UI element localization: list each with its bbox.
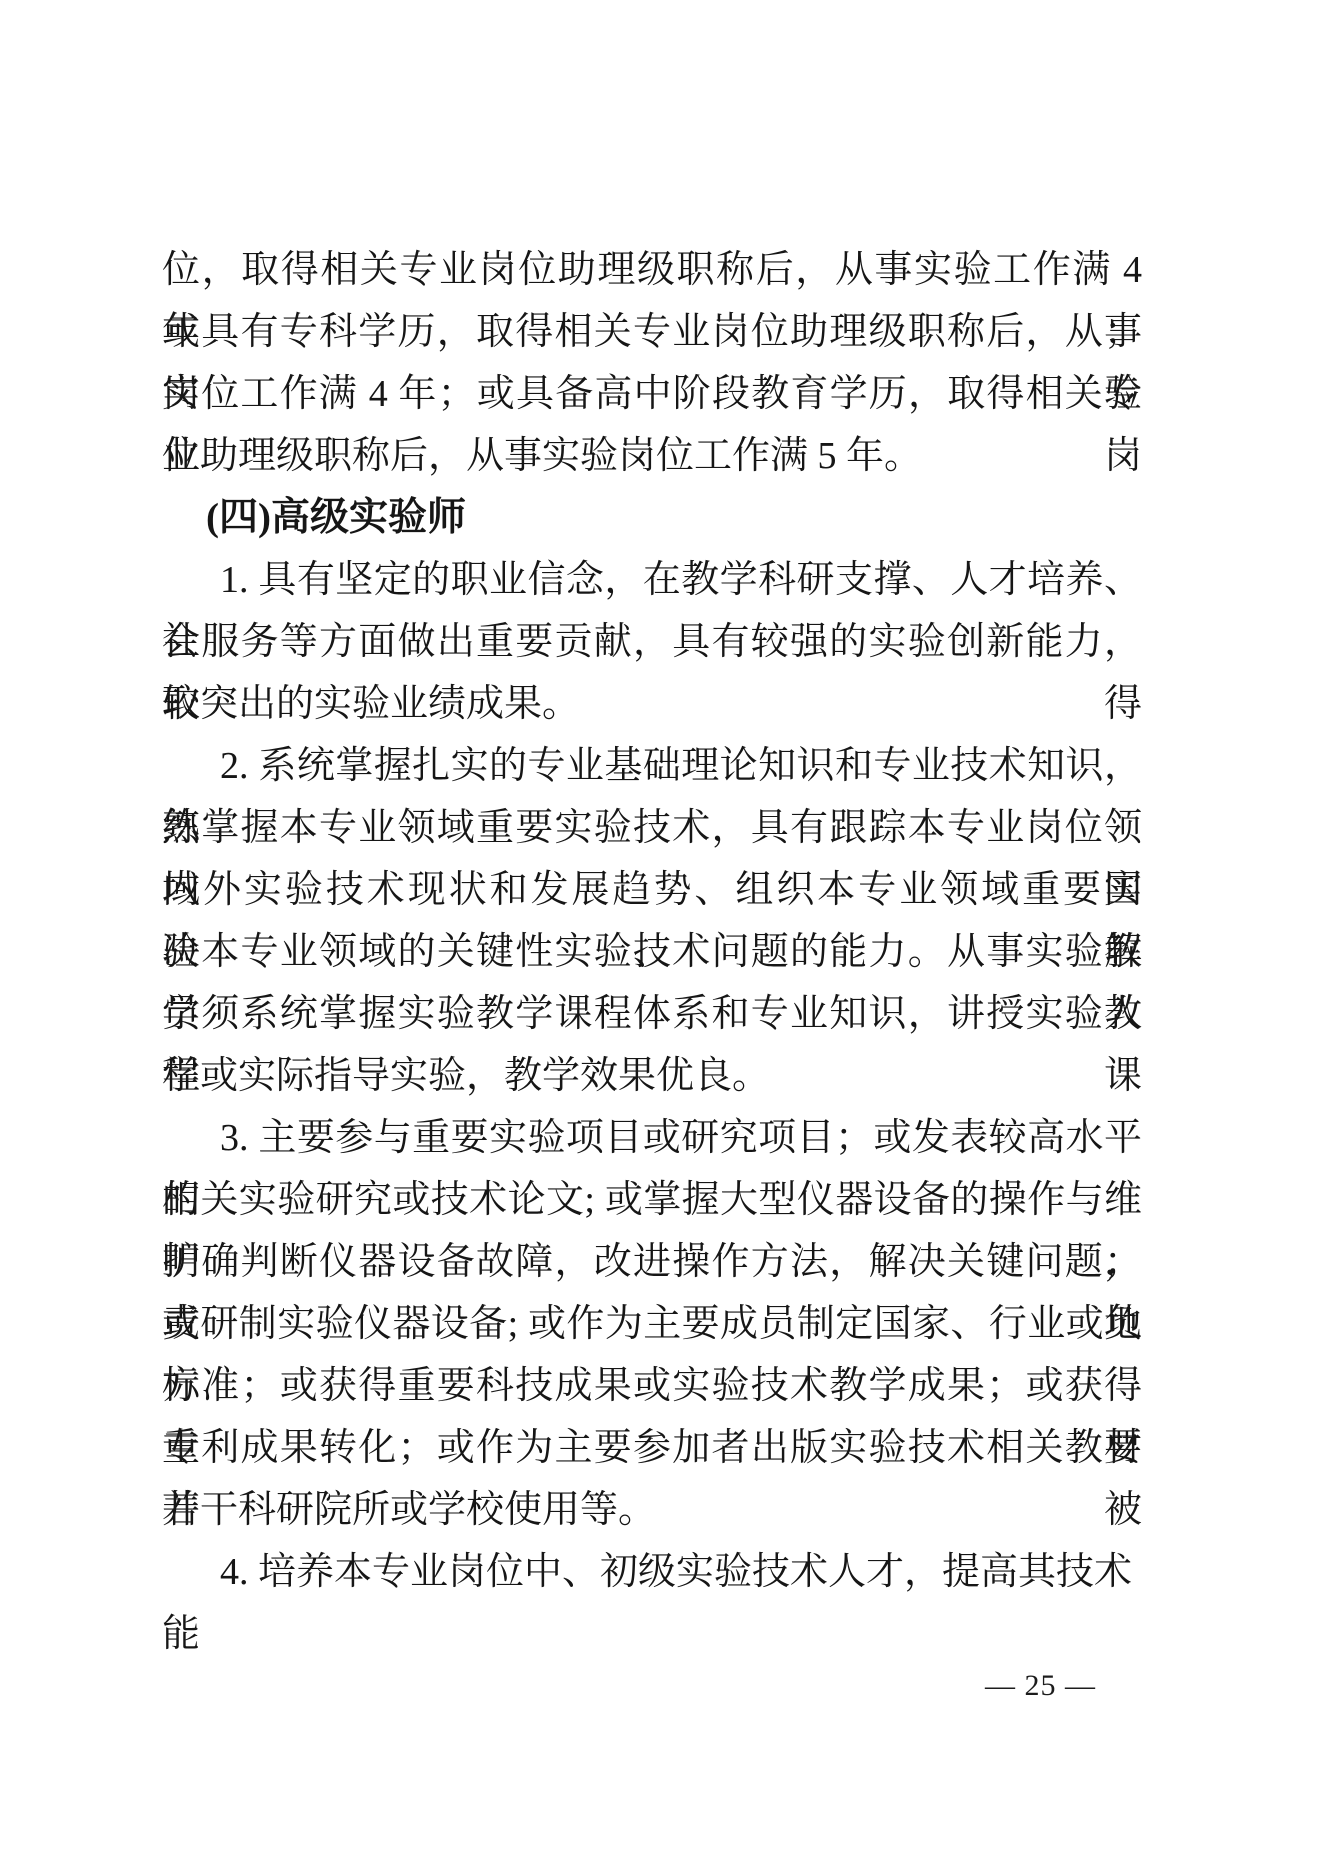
text-line: 会服务等方面做出重要贡献，具有较强的实验创新能力，取得 [162, 611, 1142, 673]
paragraph: 3. 主要参与重要实验项目或研究项目；或发表较高水平的相关实验研究或技术论文; … [162, 1107, 1142, 1541]
paragraph: 位，取得相关专业岗位助理级职称后，从事实验工作满 4 年；或具有专科学历，取得相… [162, 239, 1142, 487]
text-line: 决本专业领域的关键性实验技术问题的能力。从事实验教学人 [162, 921, 1142, 983]
paragraph: 2. 系统掌握扎实的专业基础理论知识和专业技术知识，熟练掌握本专业领域重要实验技… [162, 735, 1142, 1107]
paragraph: 1. 具有坚定的职业信念，在教学科研支撑、人才培养、社会服务等方面做出重要贡献，… [162, 549, 1142, 735]
text-line: 练掌握本专业领域重要实验技术，具有跟踪本专业岗位领域国 [162, 797, 1142, 859]
text-line: 内外实验技术现状和发展趋势、组织本专业领域重要实验、解 [162, 859, 1142, 921]
text-line: 岗位工作满 4 年；或具备高中阶段教育学历，取得相关专业岗 [162, 363, 1142, 425]
text-line: 位，取得相关专业岗位助理级职称后，从事实验工作满 4 年； [162, 239, 1142, 301]
text-line: 标准；或获得重要科技成果或实验技术教学成果；或获得重要 [162, 1355, 1142, 1417]
text-line: 责研制实验仪器设备; 或作为主要成员制定国家、行业或地方 [162, 1293, 1142, 1355]
text-line: 2. 系统掌握扎实的专业基础理论知识和专业技术知识，熟 [162, 735, 1142, 797]
document-page: 位，取得相关专业岗位助理级职称后，从事实验工作满 4 年；或具有专科学历，取得相… [0, 0, 1323, 1871]
document-body: 位，取得相关专业岗位助理级职称后，从事实验工作满 4 年；或具有专科学历，取得相… [162, 239, 1142, 1603]
text-line: 专利成果转化；或作为主要参加者出版实验技术相关教材并被 [162, 1417, 1142, 1479]
paragraph: 4. 培养本专业岗位中、初级实验技术人才，提高其技术能 [162, 1541, 1142, 1603]
text-line: 3. 主要参与重要实验项目或研究项目；或发表较高水平的 [162, 1107, 1142, 1169]
text-line: 相关实验研究或技术论文; 或掌握大型仪器设备的操作与维护， [162, 1169, 1142, 1231]
section-heading: (四)高级实验师 [162, 487, 1142, 549]
text-line: 员须系统掌握实验教学课程体系和专业知识，讲授实验教学课 [162, 983, 1142, 1045]
text-line: 明确判断仪器设备故障，改进操作方法，解决关键问题；或负 [162, 1231, 1142, 1293]
text-line: 4. 培养本专业岗位中、初级实验技术人才，提高其技术能 [162, 1541, 1142, 1603]
text-line: 1. 具有坚定的职业信念，在教学科研支撑、人才培养、社 [162, 549, 1142, 611]
page-number: — 25 — [985, 1664, 1145, 1708]
text-line: 或具有专科学历，取得相关专业岗位助理级职称后，从事实验 [162, 301, 1142, 363]
heading-line: (四)高级实验师 [162, 487, 1142, 549]
